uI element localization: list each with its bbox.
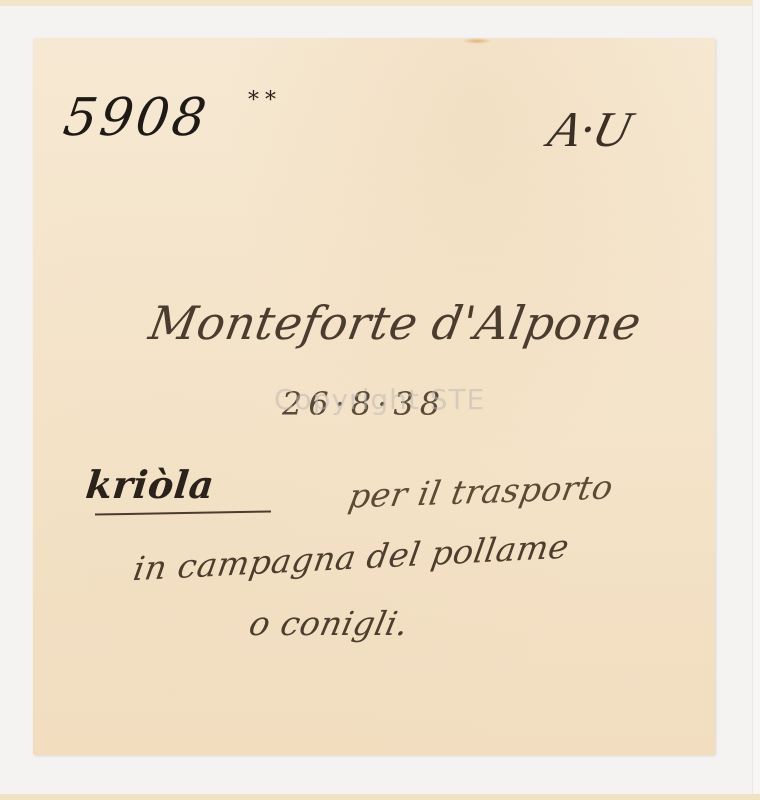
dialect-term: kriòla bbox=[84, 462, 217, 507]
mount-top-edge bbox=[0, 0, 760, 6]
place-name: Monteforte d'Alpone bbox=[145, 296, 645, 350]
mount-bottom-edge bbox=[0, 794, 760, 800]
catalog-number: 5908 bbox=[60, 88, 213, 148]
copyright-watermark: Copyright STE bbox=[274, 383, 485, 416]
catalog-star-marks: ** bbox=[248, 88, 282, 113]
author-initials: A·U bbox=[543, 100, 638, 158]
description-line-3: o conigli. bbox=[246, 604, 413, 643]
mount-right-edge bbox=[752, 0, 760, 800]
paper-stain bbox=[462, 38, 492, 44]
